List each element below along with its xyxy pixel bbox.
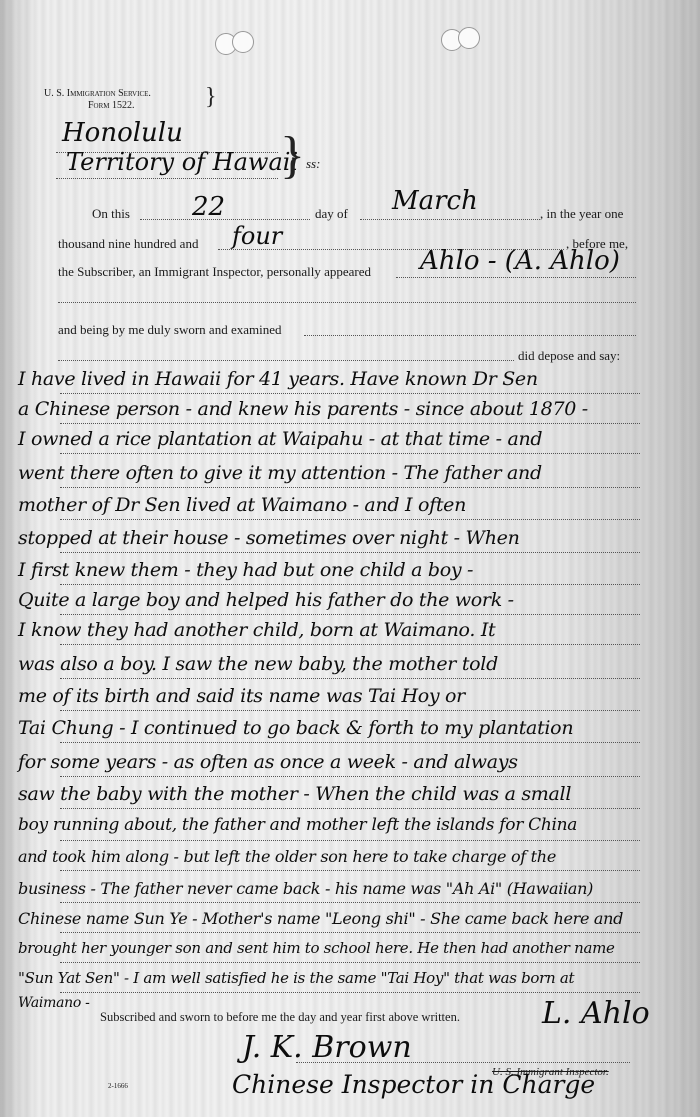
ruled-line — [60, 808, 640, 809]
ruled-line — [60, 584, 640, 585]
subscriber-label: the Subscriber, an Immigrant Inspector, … — [58, 264, 371, 280]
ruled-line — [60, 776, 640, 777]
testimony-line: Tai Chung - I continued to go back & for… — [18, 717, 573, 739]
ruled-line — [60, 552, 640, 553]
thousand-label: thousand nine hundred and — [58, 236, 198, 252]
testimony-line: for some years - as often as once a week… — [18, 751, 518, 773]
document-page: U. S. Immigration Service. Form 1522. } … — [0, 0, 700, 1117]
form-code: 2-1666 — [108, 1082, 128, 1090]
ruled-line — [60, 519, 640, 520]
month-value: March — [392, 186, 478, 216]
sworn-label: and being by me duly sworn and examined — [58, 322, 281, 338]
ruled-line — [60, 678, 640, 679]
deponent-signature: L. Ahlo — [542, 996, 650, 1031]
jurat-text: Subscribed and sworn to before me the da… — [100, 1010, 460, 1025]
ruled-line — [60, 487, 640, 488]
venue-city: Honolulu — [62, 118, 183, 148]
blank-line — [58, 302, 636, 303]
testimony-line: saw the baby with the mother - When the … — [18, 783, 571, 805]
signature-line — [296, 1062, 630, 1063]
testimony-line: Waimano - — [18, 995, 90, 1011]
on-this-label: On this — [92, 206, 130, 222]
ruled-line — [60, 644, 640, 645]
depose-label: did depose and say: — [518, 348, 620, 364]
inspector-signature: J. K. Brown — [242, 1030, 412, 1065]
testimony-line: Chinese name Sun Ye - Mother's name "Leo… — [18, 909, 623, 928]
deponent-name: Ahlo - (A. Ahlo) — [420, 246, 620, 276]
depose-line — [58, 360, 514, 361]
testimony-line: was also a boy. I saw the new baby, the … — [18, 653, 498, 675]
ruled-line — [60, 840, 640, 841]
agency-label: U. S. Immigration Service. — [44, 88, 151, 99]
testimony-line: boy running about, the father and mother… — [18, 815, 577, 835]
ss-label: ss: — [306, 156, 320, 172]
testimony-line: I have lived in Hawaii for 41 years. Hav… — [18, 368, 538, 390]
brace: } — [205, 84, 217, 111]
ruled-line — [60, 932, 640, 933]
punch-hole — [458, 27, 480, 49]
testimony-line: "Sun Yat Sen" - I am well satisfied he i… — [18, 969, 574, 987]
sworn-line — [304, 335, 636, 336]
day-value: 22 — [192, 192, 225, 222]
ruled-line — [60, 902, 640, 903]
testimony-line: brought her younger son and sent him to … — [18, 939, 615, 957]
testimony-line: and took him along - but left the older … — [18, 847, 556, 866]
testimony-line: I owned a rice plantation at Waipahu - a… — [18, 428, 542, 450]
year-one-label: , in the year one — [540, 206, 623, 222]
form-number: Form 1522. — [88, 100, 135, 111]
ruled-line — [60, 870, 640, 871]
venue-territory: Territory of Hawaii — [66, 148, 298, 176]
ruled-line — [60, 992, 640, 993]
brace: } — [280, 130, 305, 182]
testimony-line: a Chinese person - and knew his parents … — [18, 398, 588, 420]
ruled-line — [60, 710, 640, 711]
testimony-line: mother of Dr Sen lived at Waimano - and … — [18, 494, 466, 516]
day-of-label: day of — [315, 206, 348, 222]
venue-line — [56, 178, 278, 179]
ruled-line — [60, 742, 640, 743]
ruled-line — [60, 393, 640, 394]
punch-hole — [232, 31, 254, 53]
ruled-line — [60, 614, 640, 615]
deponent-line — [396, 277, 636, 278]
ruled-line — [60, 962, 640, 963]
year-value: four — [232, 222, 282, 250]
testimony-line: Quite a large boy and helped his father … — [18, 589, 514, 611]
testimony-line: went there often to give it my attention… — [18, 462, 542, 484]
ruled-line — [60, 423, 640, 424]
testimony-line: me of its birth and said its name was Ta… — [18, 685, 465, 707]
testimony-line: business - The father never came back - … — [18, 879, 593, 898]
month-line — [360, 219, 540, 220]
handwritten-title: Chinese Inspector in Charge — [232, 1070, 595, 1099]
testimony-line: I first knew them - they had but one chi… — [18, 559, 473, 581]
ruled-line — [60, 453, 640, 454]
testimony-line: stopped at their house - sometimes over … — [18, 527, 520, 549]
testimony-line: I know they had another child, born at W… — [18, 619, 495, 641]
